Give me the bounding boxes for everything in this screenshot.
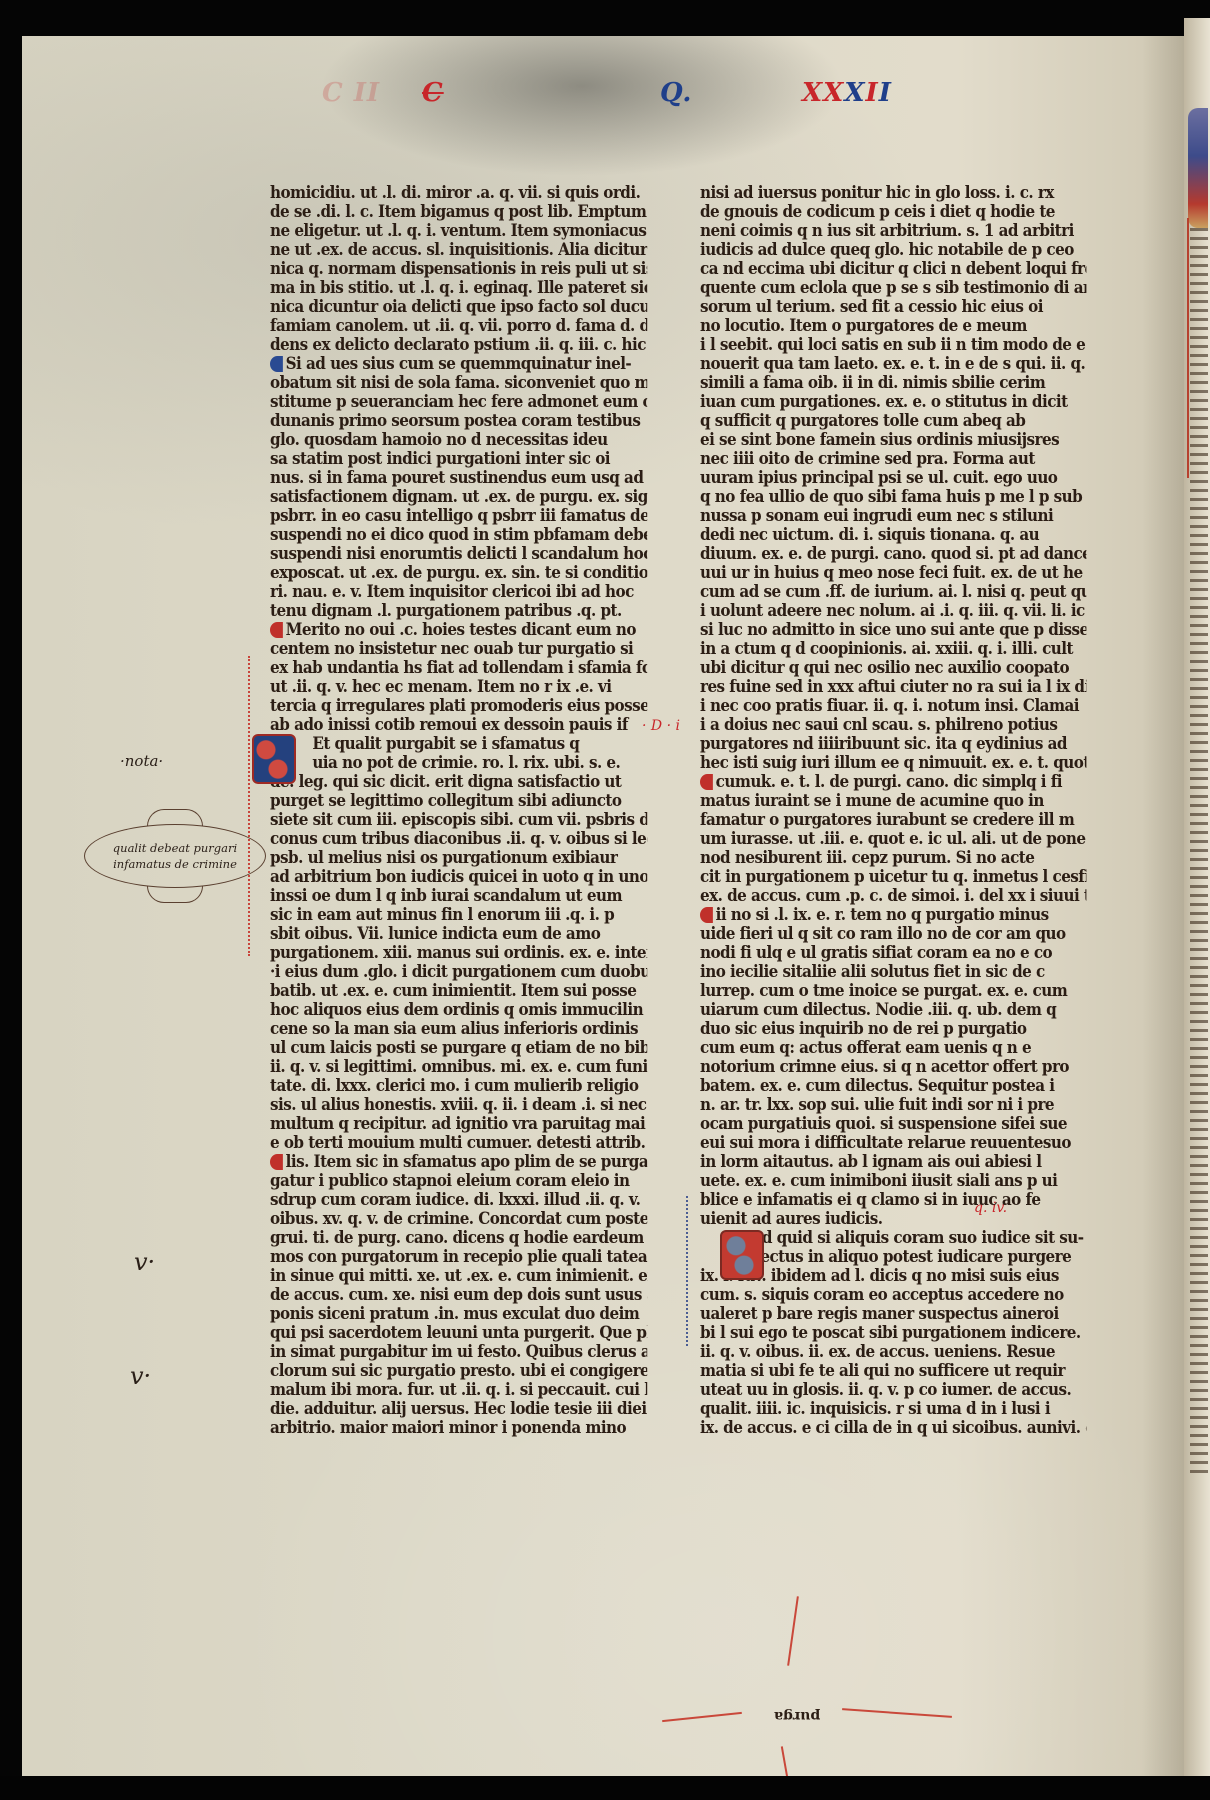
text-line: cit in purgationem p uicetur tu q. inmet… bbox=[700, 867, 1086, 886]
text-line: famiam canolem. ut .ii. q. vii. porro d.… bbox=[270, 316, 647, 335]
text-line: nus. si in fama pouret sustinendus eum u… bbox=[270, 468, 647, 487]
text-line-content: Si ad ues sius cum se quemmquinatur inel… bbox=[286, 354, 632, 373]
cartouche-line-1: qualit debeat purgari bbox=[113, 840, 237, 856]
text-line: uuram ipius principal psi se ul. cuit. e… bbox=[700, 468, 1086, 487]
text-line: malum ibi mora. fur. ut .ii. q. i. si pe… bbox=[270, 1380, 647, 1399]
text-line: ad arbitrium bon iudicis quicei in uoto … bbox=[270, 867, 647, 886]
text-line: no locutio. Item o purgatores de e meum bbox=[700, 316, 1086, 335]
text-line: sic in eam aut minus fin l enorum iii .q… bbox=[270, 905, 647, 924]
text-line: matus iuraint se i mune de acumine quo i… bbox=[700, 791, 1086, 810]
text-line: dedi nec uictum. di. i. siquis tionana. … bbox=[700, 525, 1086, 544]
text-line: cum eum q: actus offerat eam uenis q n e bbox=[700, 1038, 1086, 1057]
text-line: tercia q irregulares plati promoderis ei… bbox=[270, 696, 647, 715]
text-line: bi l sui ego te poscat sibi purgationem … bbox=[700, 1323, 1086, 1342]
text-line: uete. ex. e. cum inimiboni iiusit siali … bbox=[700, 1171, 1086, 1190]
text-line: ut .ii. q. v. hec ec menam. Item no r ix… bbox=[270, 677, 647, 696]
paragraph-mark-red bbox=[700, 774, 713, 790]
marginal-nota: ·nota· bbox=[120, 752, 163, 770]
text-line: in simat purgabitur im ui festo. Quibus … bbox=[270, 1342, 647, 1361]
text-line: uteat uu in glosis. ii. q. v. p co iumer… bbox=[700, 1380, 1086, 1399]
paragraph-mark-red bbox=[700, 907, 713, 923]
text-line: clorum sui sic purgatio presto. ubi ei c… bbox=[270, 1361, 647, 1380]
text-line: suspendi nisi enorumtis delicti l scanda… bbox=[270, 544, 647, 563]
text-line: purgationem. xiii. manus sui ordinis. ex… bbox=[270, 943, 647, 962]
text-line: inssi oe dum l q inb iurai scandalum ut … bbox=[270, 886, 647, 905]
text-line: psb. ul melius nisi os purgationum exibi… bbox=[270, 848, 647, 867]
text-line: tate. di. lxxx. clerici mo. i cum mulier… bbox=[270, 1076, 647, 1095]
marginal-v-mark-2: v· bbox=[130, 1362, 151, 1390]
text-line: purgatores nd iiiiribuunt sic. ita q eyd… bbox=[700, 734, 1086, 753]
adjacent-illuminated-initial bbox=[1188, 108, 1208, 228]
text-line: e ob terti mouium multi cumuer. detesti … bbox=[270, 1133, 647, 1152]
initial-filigree-red bbox=[248, 656, 262, 956]
text-line: ii no si .l. ix. e. r. tem no q purgatio… bbox=[700, 905, 1086, 924]
marginal-v-mark-1: v· bbox=[134, 1248, 155, 1276]
text-line: i uolunt adeere nec nolum. ai .i. q. iii… bbox=[700, 601, 1086, 620]
header-causa: C bbox=[422, 78, 444, 108]
text-line: i a doius nec saui cnl scau. s. philreno… bbox=[700, 715, 1086, 734]
text-line: die. adduitur. alij uersus. Hec lodie te… bbox=[270, 1399, 647, 1418]
text-line: uiarum cum dilectus. Nodie .iii. q. ub. … bbox=[700, 1000, 1086, 1019]
text-line: satisfactionem dignam. ut .ex. de purgu.… bbox=[270, 487, 647, 506]
text-line: psbrr. in eo casu intelligo q psbrr iii … bbox=[270, 506, 647, 525]
text-line: nodi fi ulq e ul gratis sifiat coram ea … bbox=[700, 943, 1086, 962]
text-line: ri. nau. e. v. Item inquisitor clericoi … bbox=[270, 582, 647, 601]
text-line: uui ur in huius q meo nose feci fuit. ex… bbox=[700, 563, 1086, 582]
text-line: duo sic eius inquirib no de rei p purgat… bbox=[700, 1019, 1086, 1038]
text-line: cumuk. e. t. l. de purgi. cano. dic simp… bbox=[700, 772, 1086, 791]
header-folio-number: XXXII bbox=[802, 78, 892, 108]
text-line: iudicis ad dulce queq glo. hic notabile … bbox=[700, 240, 1086, 259]
text-line: hec isti suig iuri illum ee q nimuuit. e… bbox=[700, 753, 1086, 772]
text-line: lis. Item sic in sfamatus apo plim de se… bbox=[270, 1152, 647, 1171]
paragraph-mark-blue bbox=[270, 356, 283, 372]
text-line: de. leg. qui sic dicit. erit digna satis… bbox=[270, 772, 647, 791]
decorated-initial-s-red bbox=[720, 1230, 764, 1280]
text-line: q no fea ullio de quo sibi fama huis p m… bbox=[700, 487, 1086, 506]
text-line: ix. de accus. e ci cilla de in q ui sico… bbox=[700, 1418, 1086, 1437]
marginal-cartouche: qualit debeat purgari infamatus de crimi… bbox=[84, 824, 266, 888]
text-line: simili a fama oib. ii in di. nimis sbili… bbox=[700, 373, 1086, 392]
text-line: ualeret p bare regis maner suspectus ain… bbox=[700, 1304, 1086, 1323]
text-line: in sinue qui mitti. xe. ut .ex. e. cum i… bbox=[270, 1266, 647, 1285]
text-line: ul cum laicis posti se purgare q etiam d… bbox=[270, 1038, 647, 1057]
text-line: ubi dicitur q qui nec osilio nec auxilio… bbox=[700, 658, 1086, 677]
text-line: siete sit cum iii. episcopis sibi. cum v… bbox=[270, 810, 647, 829]
text-line: ei se sint bone famein sius ordinis mius… bbox=[700, 430, 1086, 449]
text-line: i nec coo pratis fiuar. ii. q. i. notum … bbox=[700, 696, 1086, 715]
text-line: suspendi no ei dico quod in stim pbfamam… bbox=[270, 525, 647, 544]
text-line: cene so la man sia eum alius inferioris … bbox=[270, 1019, 647, 1038]
text-line: nod nesiburent iii. cepz purum. Si no ac… bbox=[700, 848, 1086, 867]
text-line: diuum. ex. e. de purgi. cano. quod si. p… bbox=[700, 544, 1086, 563]
text-line: ne eligetur. ut .l. q. i. ventum. Item s… bbox=[270, 221, 647, 240]
text-line: qui psi sacerdotem leuuni unta purgerit.… bbox=[270, 1323, 647, 1342]
adjacent-red-border bbox=[1187, 218, 1189, 478]
text-line: nussa p sonam eui ingrudi eum nec s stil… bbox=[700, 506, 1086, 525]
text-line: in a ctum q d coopinionis. ai. xxiii. q.… bbox=[700, 639, 1086, 658]
catchword-frame-left bbox=[662, 1712, 742, 1722]
text-line: ca nd eccima ubi dicitur q clici n deben… bbox=[700, 259, 1086, 278]
text-line: ocam purgatiuis quoi. si suspensione sif… bbox=[700, 1114, 1086, 1133]
paragraph-mark-red bbox=[270, 622, 283, 638]
text-line: stitume p seueranciam hec fere admonet e… bbox=[270, 392, 647, 411]
text-line: res fuine sed in xxx aftui ciuter no ra … bbox=[700, 677, 1086, 696]
text-line: sbit oibus. Vii. lunice indicta eum de a… bbox=[270, 924, 647, 943]
text-line: sorum ul terium. sed fit a cessio hic ei… bbox=[700, 297, 1086, 316]
text-line: sdrup cum coram iudice. di. lxxxi. illud… bbox=[270, 1190, 647, 1209]
text-line: cum. s. siquis coram eo acceptus acceder… bbox=[700, 1285, 1086, 1304]
text-line: quente cum eclola que p se s sib testimo… bbox=[700, 278, 1086, 297]
text-line: neni coimis q n ius sit arbitrium. s. 1 … bbox=[700, 221, 1086, 240]
text-line: si luc no admitto in sice uno sui ante q… bbox=[700, 620, 1086, 639]
initial-filigree-blue bbox=[686, 1196, 700, 1346]
text-line: ab ado inissi cotib remoui ex dessoin pa… bbox=[270, 715, 647, 734]
text-line: blice e infamatis ei q clamo si in iuuc … bbox=[700, 1190, 1086, 1209]
text-line: de se .di. l. c. Item bigamus q post lib… bbox=[270, 202, 647, 221]
text-line: nec iiii oito de crimine sed pra. Forma … bbox=[700, 449, 1086, 468]
text-line: oibus. xv. q. v. de crimine. Concordat c… bbox=[270, 1209, 647, 1228]
text-line: um iurasse. ut .iii. e. quot e. ic ul. a… bbox=[700, 829, 1086, 848]
text-line: gatur i publico stapnoi eleium coram ele… bbox=[270, 1171, 647, 1190]
text-line: uia no pot de crimie. ro. l. rix. ubi. s… bbox=[270, 753, 647, 772]
header-quaestio: Q. bbox=[660, 78, 692, 108]
text-line: exposcat. ut .ex. de purgu. ex. sin. te … bbox=[270, 563, 647, 582]
gutter-shadow bbox=[1142, 36, 1190, 1776]
text-line: ponis siceni pratum .in. mus exculat duo… bbox=[270, 1304, 647, 1323]
text-line-content: ii no si .l. ix. e. r. tem no q purgatio… bbox=[716, 905, 1049, 924]
text-line: hoc aliquos eius dem ordinis q omis immu… bbox=[270, 1000, 647, 1019]
text-line: Et qualit purgabit se i sfamatus q bbox=[270, 734, 647, 753]
text-line: ·i eius dum .glo. i dicit purgationem cu… bbox=[270, 962, 647, 981]
cartouche-line-2: infamatus de crimine bbox=[113, 856, 237, 872]
text-line: cum ad se cum .ff. de iurium. ai. l. nis… bbox=[700, 582, 1086, 601]
text-line: batem. ex. e. cum dilectus. Sequitur pos… bbox=[700, 1076, 1086, 1095]
text-line: i l seebit. qui loci satis en sub ii n t… bbox=[700, 335, 1086, 354]
manuscript-leaf: C II C Q. XXXII ·nota· qualit debeat pur… bbox=[22, 36, 1190, 1776]
text-line: nouerit qua tam laeto. ex. e. t. in e de… bbox=[700, 354, 1086, 373]
text-line: centem no insistetur nec ouab tur purgat… bbox=[270, 639, 647, 658]
text-line: matia si ubi fe te ali qui no sufficere … bbox=[700, 1361, 1086, 1380]
text-line: ino iecilie sitaliie alii solutus fiet i… bbox=[700, 962, 1086, 981]
text-line: homicidiu. ut .l. di. miror .a. q. vii. … bbox=[270, 183, 647, 202]
text-line: arbitrio. maior maiori minor i ponenda m… bbox=[270, 1418, 647, 1437]
header-number-blue-2: I bbox=[879, 78, 892, 108]
paragraph-mark-red bbox=[270, 1154, 283, 1170]
text-line: ii. q. v. oibus. ii. ex. de accus. uenie… bbox=[700, 1342, 1086, 1361]
text-line: tenu dignam .l. purgationem patribus .q.… bbox=[270, 601, 647, 620]
text-line: q sufficit q purgatores tolle cum abeq a… bbox=[700, 411, 1086, 430]
text-line: grui. ti. de purg. cano. dicens q hodie … bbox=[270, 1228, 647, 1247]
catchword-frame-top bbox=[787, 1596, 799, 1666]
text-line: qualit. iiii. ic. inquisicis. r si uma d… bbox=[700, 1399, 1086, 1418]
header-number-red-2: I bbox=[866, 78, 879, 108]
text-line: glo. quosdam hamoio no d necessitas ideu bbox=[270, 430, 647, 449]
text-line: dunanis primo seorsum postea coram testi… bbox=[270, 411, 647, 430]
text-line: eui sui mora i difficultate relarue reuu… bbox=[700, 1133, 1086, 1152]
text-line: ii. q. v. si legittimi. omnibus. mi. ex.… bbox=[270, 1057, 647, 1076]
text-line: nica dicuntur oia delicti que ipso facto… bbox=[270, 297, 647, 316]
text-line: nica q. normam dispensationis in reis pu… bbox=[270, 259, 647, 278]
text-line: nisi ad iuersus ponitur hic in glo loss.… bbox=[700, 183, 1086, 202]
text-line: mos con purgatorum in recepio plie quali… bbox=[270, 1247, 647, 1266]
text-line: purget se legittimo collegitum sibi adiu… bbox=[270, 791, 647, 810]
text-line: ex. de accus. cum .p. c. de simoi. i. de… bbox=[700, 886, 1086, 905]
text-line: lurrep. cum o tme inoice se purgat. ex. … bbox=[700, 981, 1086, 1000]
text-line: de gnouis de codicum p ceis i diet q hod… bbox=[700, 202, 1086, 221]
text-line-content: Merito no oui .c. hoies testes dicant eu… bbox=[286, 620, 636, 639]
text-line: sa statim post indici purgationi inter s… bbox=[270, 449, 647, 468]
text-line-content: cumuk. e. t. l. de purgi. cano. dic simp… bbox=[716, 772, 1062, 791]
text-line: ma in bis stitio. ut .l. q. i. eginaq. I… bbox=[270, 278, 647, 297]
text-line-content: lis. Item sic in sfamatus apo plim de se… bbox=[286, 1152, 648, 1171]
text-column-left: homicidiu. ut .l. di. miror .a. q. vii. … bbox=[270, 183, 680, 1437]
header-ghost-offset: C II bbox=[322, 78, 380, 108]
text-line: de accus. cum. xe. nisi eum dep dois sun… bbox=[270, 1285, 647, 1304]
text-line: multum q recipitur. ad ignitio vra parui… bbox=[270, 1114, 647, 1133]
header-number-blue: X bbox=[844, 78, 865, 108]
catchword: purga bbox=[774, 1708, 820, 1724]
text-line: n. ar. tr. lxx. sop sui. ulie fuit indi … bbox=[700, 1095, 1086, 1114]
text-line: dens ex delicto declarato pstium .ii. q.… bbox=[270, 335, 647, 354]
text-line: notorium crimne eius. si q n acettor off… bbox=[700, 1057, 1086, 1076]
text-line: sis. ul alius honestis. xviii. q. ii. i … bbox=[270, 1095, 647, 1114]
text-line: iuan cum purgationes. ex. e. o stitutus … bbox=[700, 392, 1086, 411]
text-line: conus cum tribus diaconibus .ii. q. v. o… bbox=[270, 829, 647, 848]
text-line: obatum sit nisi de sola fama. siconvenie… bbox=[270, 373, 647, 392]
text-line: uienit ad aures iudicis. bbox=[700, 1209, 1086, 1228]
catchword-frame-right bbox=[842, 1708, 952, 1718]
text-line: famatur o purgatores iurabunt se credere… bbox=[700, 810, 1086, 829]
adjacent-text-strip bbox=[1190, 228, 1208, 1478]
text-line: uide fieri ul q sit co ram illo no de co… bbox=[700, 924, 1086, 943]
text-line: batib. ut .ex. e. cum inimientit. Item s… bbox=[270, 981, 647, 1000]
text-line: ne ut .ex. de accus. sl. inquisitionis. … bbox=[270, 240, 647, 259]
header-number-red: XX bbox=[802, 78, 844, 108]
text-line: Merito no oui .c. hoies testes dicant eu… bbox=[270, 620, 647, 639]
scan-background-bottom bbox=[0, 1776, 1210, 1800]
adjacent-leaf-edge bbox=[1184, 18, 1210, 1800]
text-line: Si ad ues sius cum se quemmquinatur inel… bbox=[270, 354, 647, 373]
text-line: in lorm aitautus. ab l ignam ais oui abi… bbox=[700, 1152, 1086, 1171]
text-line: ex hab undantia hs fiat ad tollendam i s… bbox=[270, 658, 647, 677]
